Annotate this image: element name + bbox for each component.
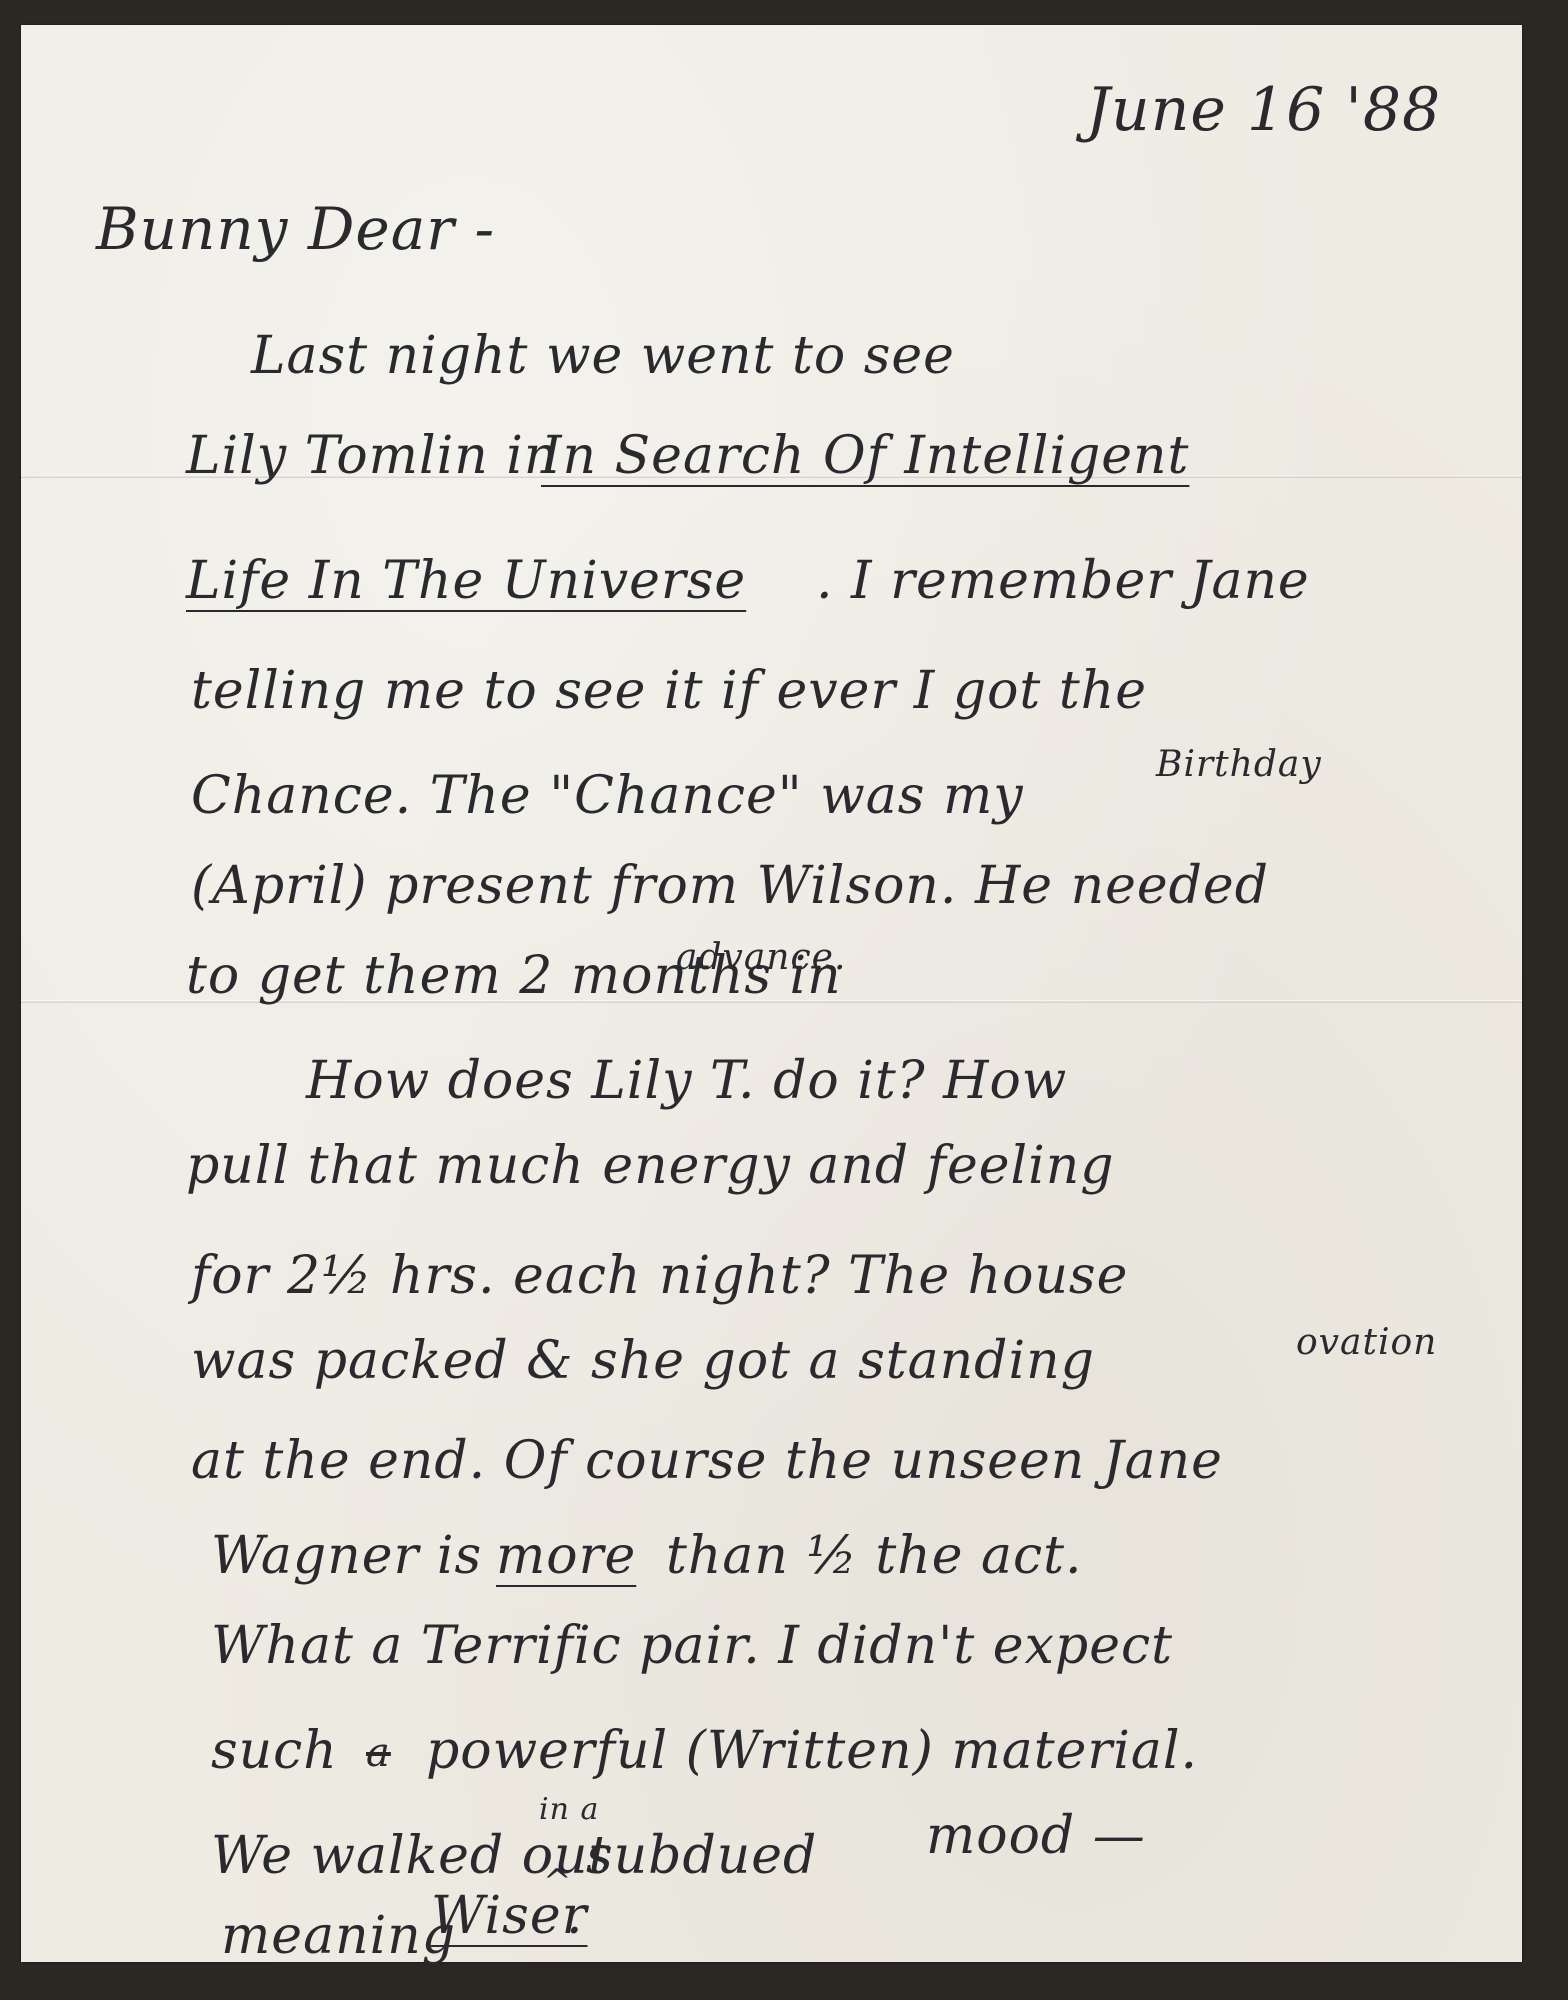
- closing-line-a: meaning: [221, 1910, 456, 1962]
- body-line-13b: than ½ the act.: [666, 1530, 1083, 1582]
- body-line-4: telling me to see it if ever I got the: [191, 665, 1147, 717]
- play-title-part-2: Life In The Universe: [186, 555, 746, 607]
- advance-insert: advance.: [676, 940, 846, 976]
- body-line-8: How does Lily T. do it? How: [306, 1055, 1067, 1107]
- body-line-13a: Wagner is: [211, 1530, 482, 1582]
- ovation-insert: ovation: [1296, 1325, 1437, 1361]
- emphasis-wiser: Wiser: [431, 1890, 587, 1942]
- body-line-12: at the end. Of course the unseen Jane: [191, 1435, 1223, 1487]
- letter-page: June 16 '88 Bunny Dear - Last night we w…: [21, 25, 1522, 1962]
- body-line-16c: mood —: [926, 1810, 1146, 1862]
- body-line-15a: such: [211, 1725, 338, 1777]
- struck-word: a: [366, 1733, 391, 1773]
- body-line-3b: . I remember Jane: [816, 555, 1310, 607]
- salutation: Bunny Dear -: [96, 200, 495, 258]
- body-line-15b: powerful (Written) material.: [426, 1725, 1198, 1777]
- body-line-2a: Lily Tomlin in: [186, 430, 558, 482]
- letter-date: June 16 '88: [1086, 80, 1441, 140]
- play-title-part-1: In Search Of Intelligent: [541, 430, 1189, 482]
- body-line-16b: subdued: [586, 1830, 817, 1882]
- closing-period: .: [566, 1890, 584, 1942]
- body-line-10: for 2½ hrs. each night? The house: [191, 1250, 1128, 1302]
- body-line-1: Last night we went to see: [251, 330, 955, 382]
- body-line-6: (April) present from Wilson. He needed: [191, 860, 1269, 912]
- body-line-5: Chance. The "Chance" was my: [191, 770, 1024, 822]
- body-line-11: was packed & she got a standing: [191, 1335, 1095, 1387]
- emphasis-more: more: [496, 1530, 636, 1582]
- birthday-insert: Birthday: [1156, 747, 1322, 783]
- in-a-insert: in a: [539, 1795, 599, 1825]
- body-line-14: What a Terrific pair. I didn't expect: [211, 1620, 1173, 1672]
- body-line-9: pull that much energy and feeling: [186, 1140, 1115, 1192]
